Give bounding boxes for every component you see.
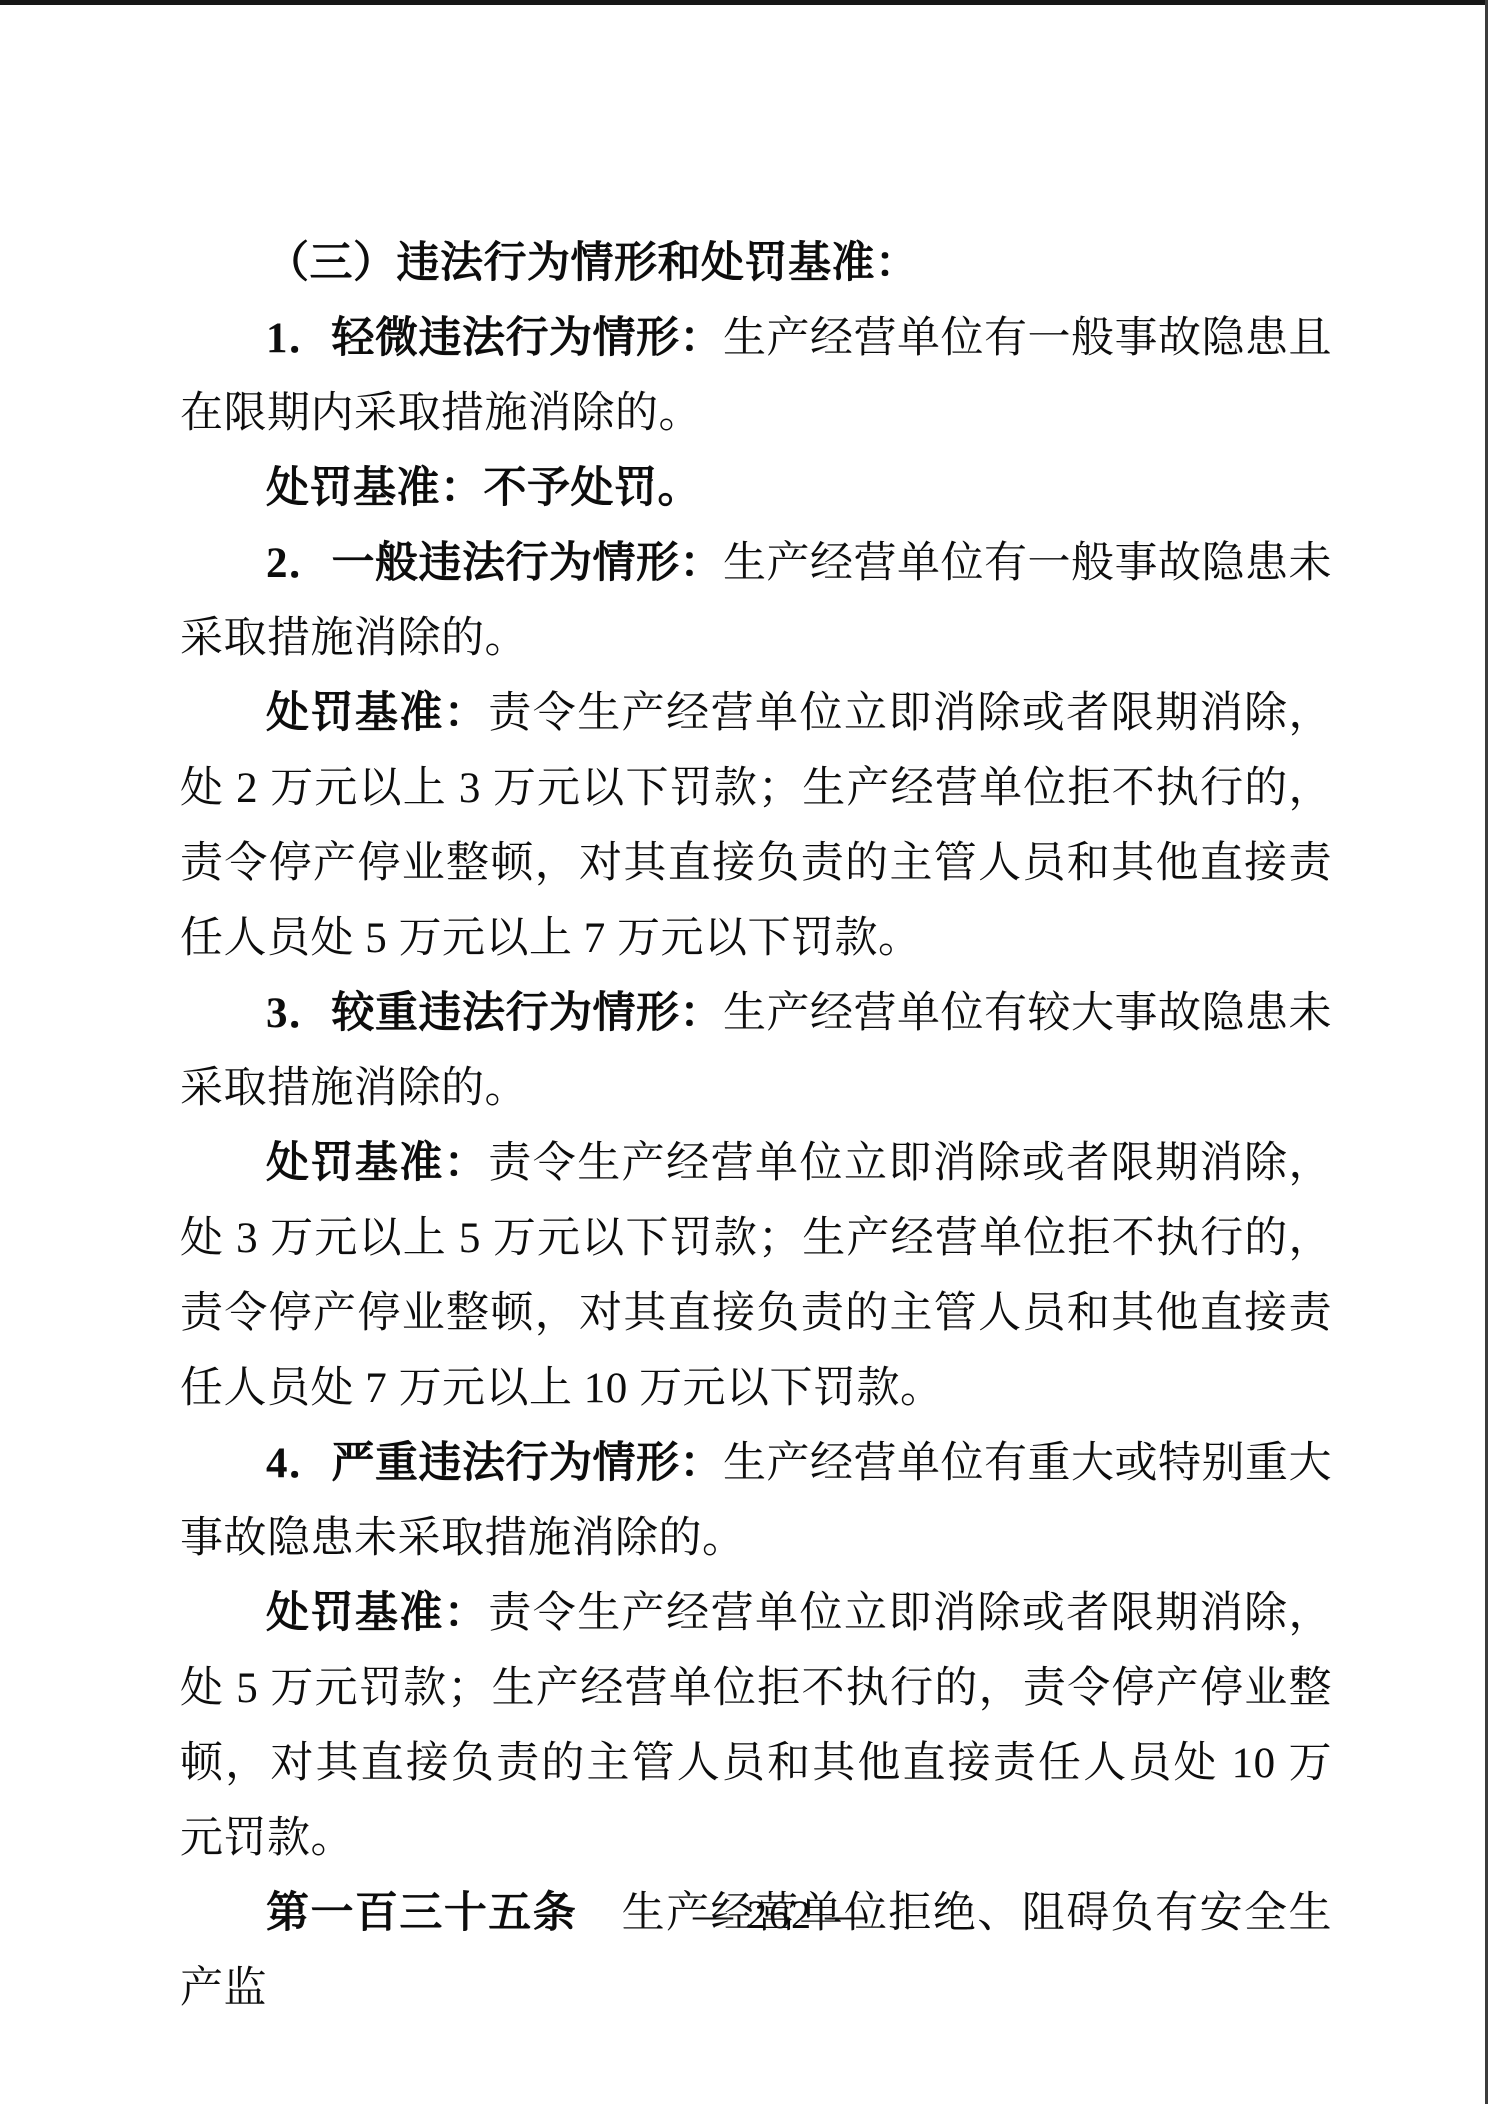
text-segment-bold: 处罚基准：不予处罚。 [266, 465, 701, 512]
text-segment-bold: 处罚基准： [266, 1140, 488, 1187]
text-segment-bold: 处罚基准： [266, 1590, 488, 1637]
text-segment-bold: 处罚基准： [266, 690, 488, 737]
text-segment-bold: 2．一般违法行为情形： [266, 540, 723, 587]
document-body: （三）违法行为情形和处罚基准：1．轻微违法行为情形：生产经营单位有一般事故隐患且… [180, 226, 1332, 2026]
text-segment-bold: 4．严重违法行为情形： [266, 1440, 723, 1487]
heading-section-3: （三）违法行为情形和处罚基准： [180, 226, 1332, 301]
document-page: （三）违法行为情形和处罚基准：1．轻微违法行为情形：生产经营单位有一般事故隐患且… [0, 0, 1488, 2104]
item-2-penalty: 处罚基准：责令生产经营单位立即消除或者限期消除，处 2 万元以上 3 万元以下罚… [180, 676, 1332, 976]
text-segment-bold: 1．轻微违法行为情形： [266, 315, 723, 362]
item-3-serious-violation: 3．较重违法行为情形：生产经营单位有较大事故隐患未采取措施消除的。 [180, 976, 1332, 1126]
item-3-penalty: 处罚基准：责令生产经营单位立即消除或者限期消除，处 3 万元以上 5 万元以下罚… [180, 1126, 1332, 1426]
item-1-minor-violation: 1．轻微违法行为情形：生产经营单位有一般事故隐患且在限期内采取措施消除的。 [180, 301, 1332, 451]
item-4-severe-violation: 4．严重违法行为情形：生产经营单位有重大或特别重大事故隐患未采取措施消除的。 [180, 1426, 1332, 1576]
scan-top-edge [0, 0, 1488, 5]
page-number: — 262 — [200, 1893, 1360, 1937]
item-2-general-violation: 2．一般违法行为情形：生产经营单位有一般事故隐患未采取措施消除的。 [180, 526, 1332, 676]
text-segment-bold: 3．较重违法行为情形： [266, 990, 723, 1037]
item-1-penalty: 处罚基准：不予处罚。 [180, 451, 1332, 526]
item-4-penalty: 处罚基准：责令生产经营单位立即消除或者限期消除，处 5 万元罚款；生产经营单位拒… [180, 1576, 1332, 1876]
text-segment-bold: （三）违法行为情形和处罚基准： [266, 240, 919, 287]
